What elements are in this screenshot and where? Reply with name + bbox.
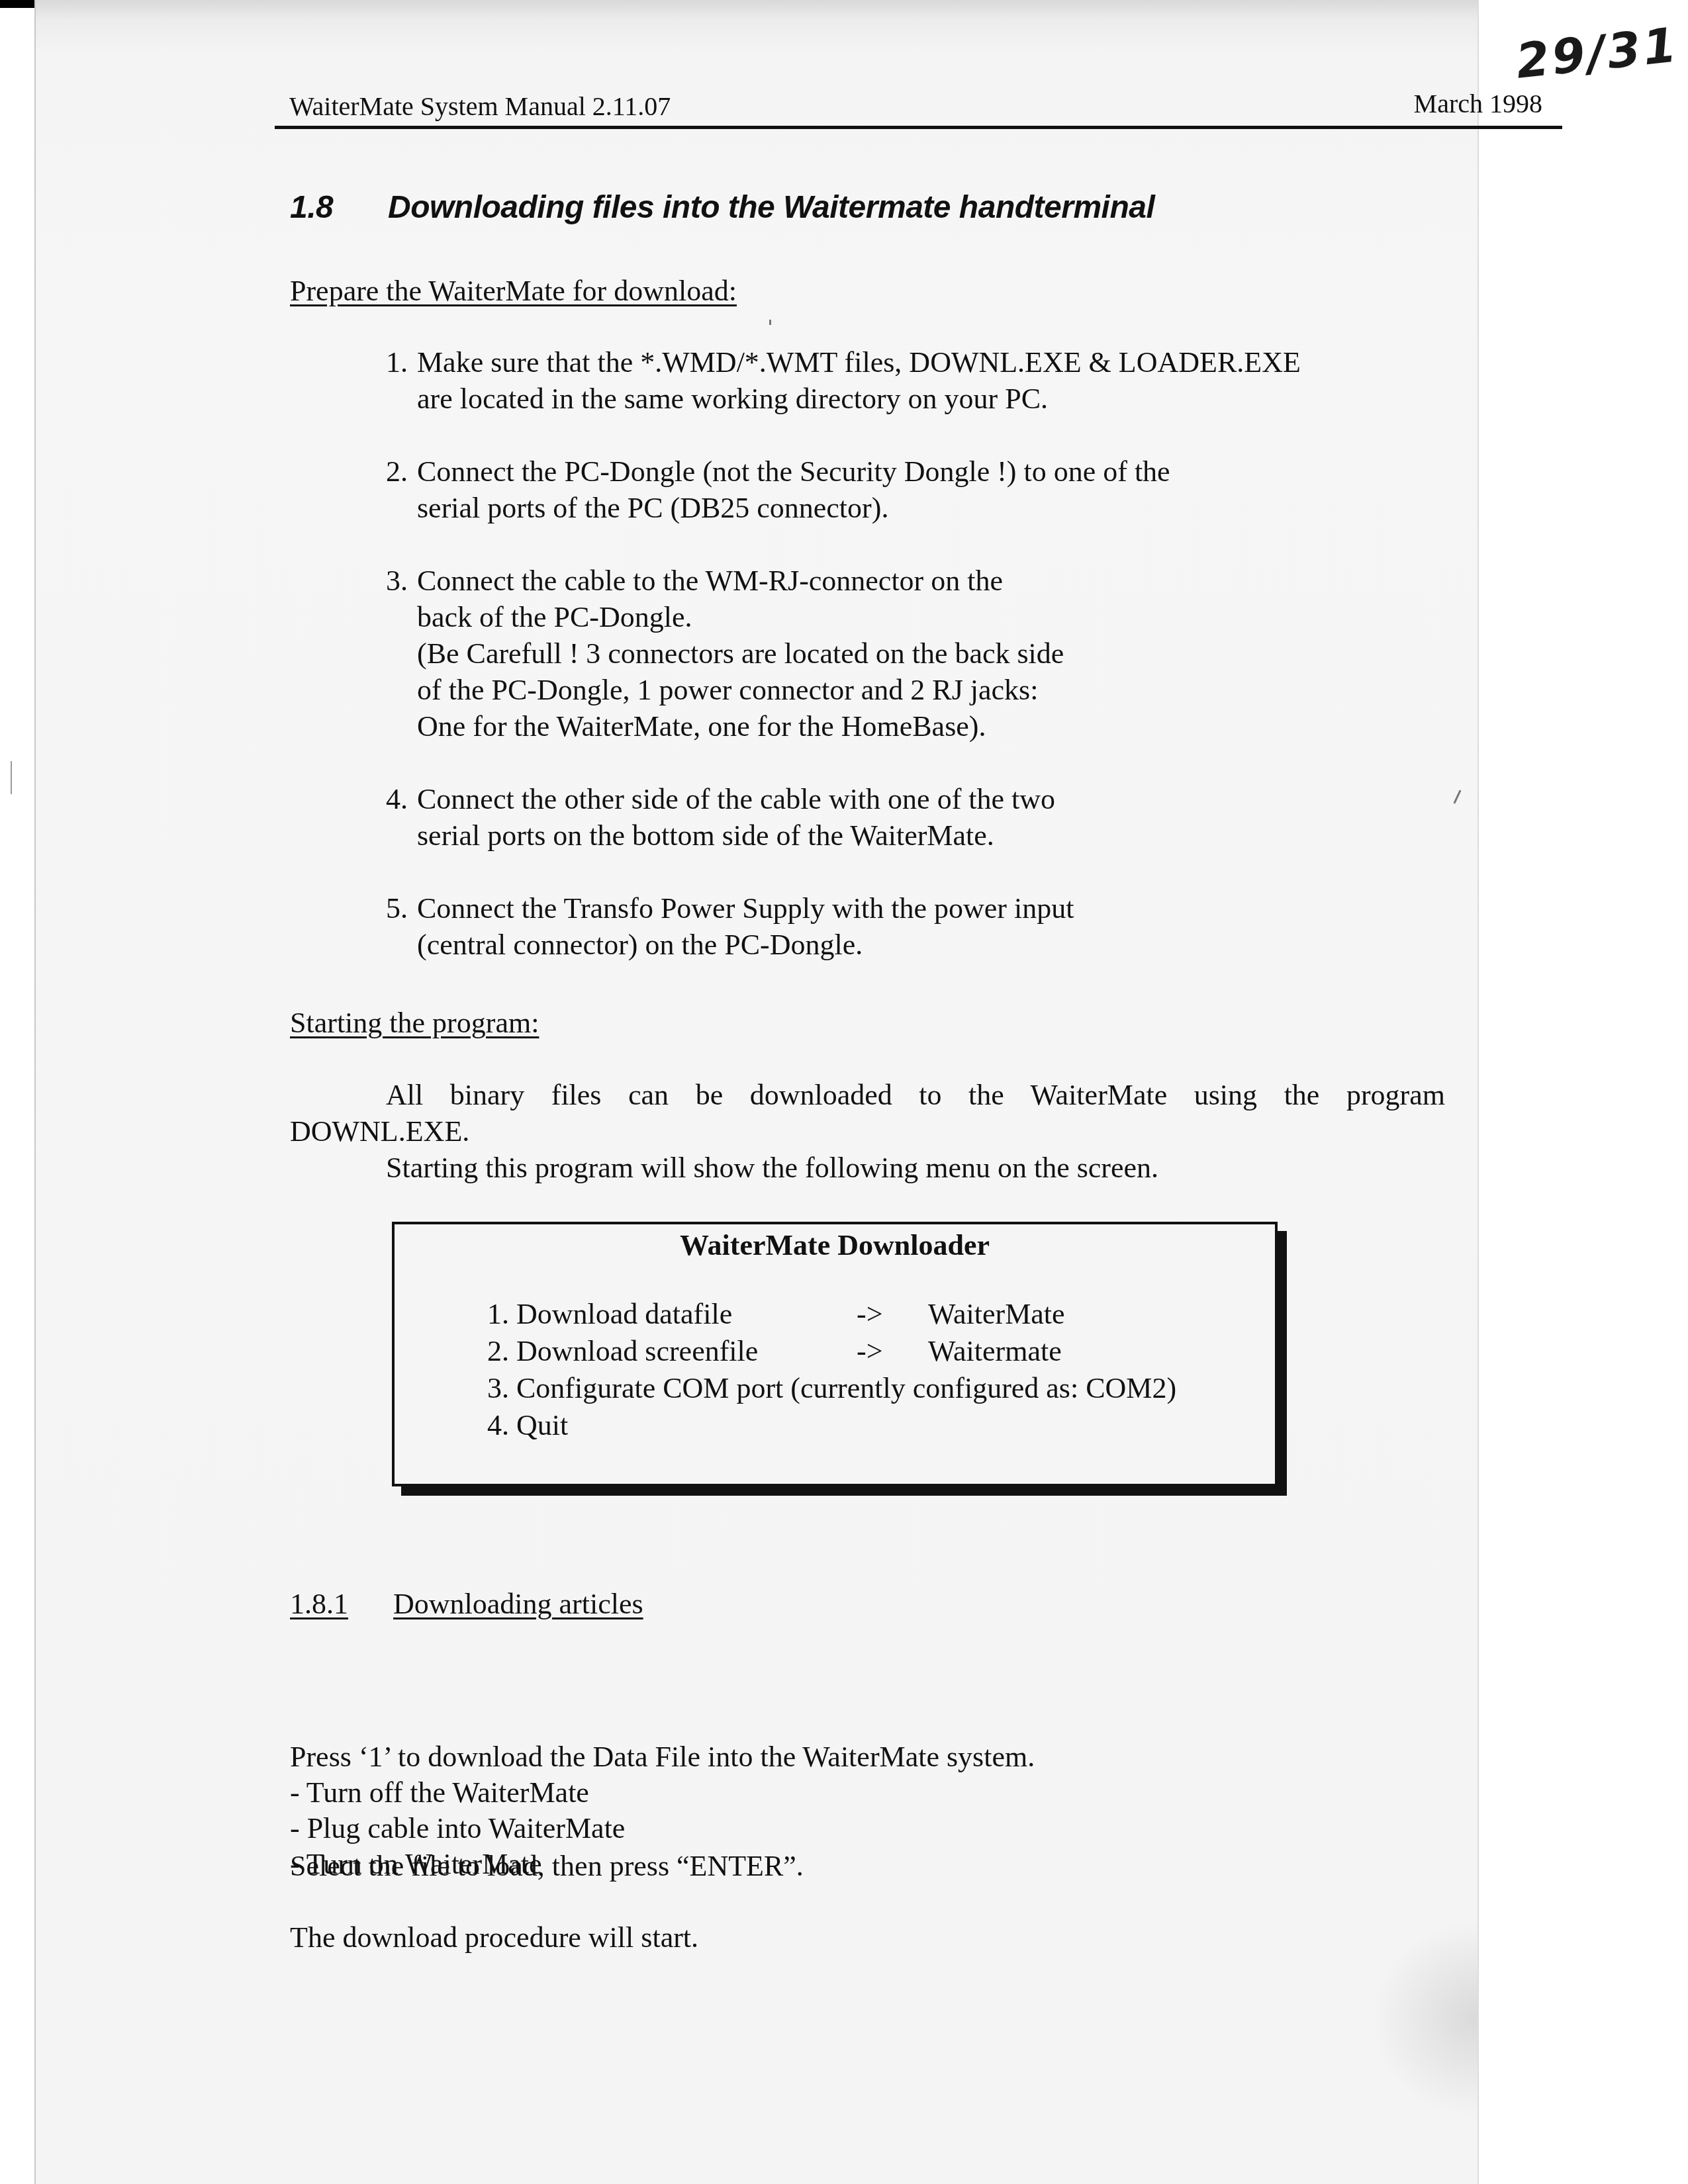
- closing-sentence: The download procedure will start.: [290, 1919, 698, 1956]
- power-steps-list: - Turn off the WaiterMate - Plug cable i…: [290, 1775, 625, 1882]
- downloader-title: WaiterMate Downloader: [395, 1228, 1275, 1262]
- step-item: 4. Connect the other side of the cable w…: [386, 781, 1301, 854]
- running-header: WaiterMate System Manual 2.11.07 March 1…: [275, 86, 1562, 129]
- menu-item-configure-com: 3. Configurate COM port (currently confi…: [487, 1370, 1176, 1407]
- menu-item-download-screenfile: 2. Download screenfile -> Waitermate: [487, 1333, 1176, 1370]
- starting-heading: Starting the program:: [290, 1006, 539, 1040]
- starting-paragraph: All binary files can be downloaded to th…: [290, 1077, 1445, 1186]
- list-item: - Turn on WaiterMate: [290, 1846, 625, 1882]
- manual-date: March 1998: [1414, 88, 1542, 119]
- scan-corner-mark: [0, 0, 36, 8]
- manual-title: WaiterMate System Manual 2.11.07: [289, 91, 671, 122]
- scan-speck: [769, 320, 771, 325]
- arrow-icon: ->: [857, 1296, 882, 1333]
- section-title: Downloading files into the Waitermate ha…: [388, 190, 1154, 225]
- menu-item-quit: 4. Quit: [487, 1407, 1176, 1444]
- step-item: 1. Make sure that the *.WMD/*.WMT files,…: [386, 344, 1301, 417]
- section-heading: 1.8Downloading files into the Waitermate…: [290, 189, 1154, 226]
- step-item: 3. Connect the cable to the WM-RJ-connec…: [386, 563, 1301, 745]
- section-number: 1.8: [290, 189, 388, 226]
- subsection-heading: 1.8.1Downloading articles: [290, 1587, 643, 1621]
- arrow-icon: ->: [857, 1333, 882, 1370]
- step-item: 2. Connect the PC-Dongle (not the Securi…: [386, 453, 1301, 526]
- step-item: 5. Connect the Transfo Power Supply with…: [386, 890, 1301, 963]
- downloader-menu-screen: WaiterMate Downloader 1. Download datafi…: [392, 1222, 1278, 1486]
- list-item: - Turn off the WaiterMate: [290, 1775, 625, 1811]
- downloader-menu-list: 1. Download datafile -> WaiterMate 2. Do…: [487, 1296, 1176, 1444]
- prepare-heading: Prepare the WaiterMate for download:: [290, 274, 737, 308]
- handwritten-page-number: 29/31: [1513, 17, 1681, 89]
- menu-item-download-datafile: 1. Download datafile -> WaiterMate: [487, 1296, 1176, 1333]
- list-item: - Plug cable into WaiterMate: [290, 1811, 625, 1846]
- prepare-steps-list: 1. Make sure that the *.WMD/*.WMT files,…: [386, 344, 1301, 999]
- scan-speck: [11, 761, 12, 794]
